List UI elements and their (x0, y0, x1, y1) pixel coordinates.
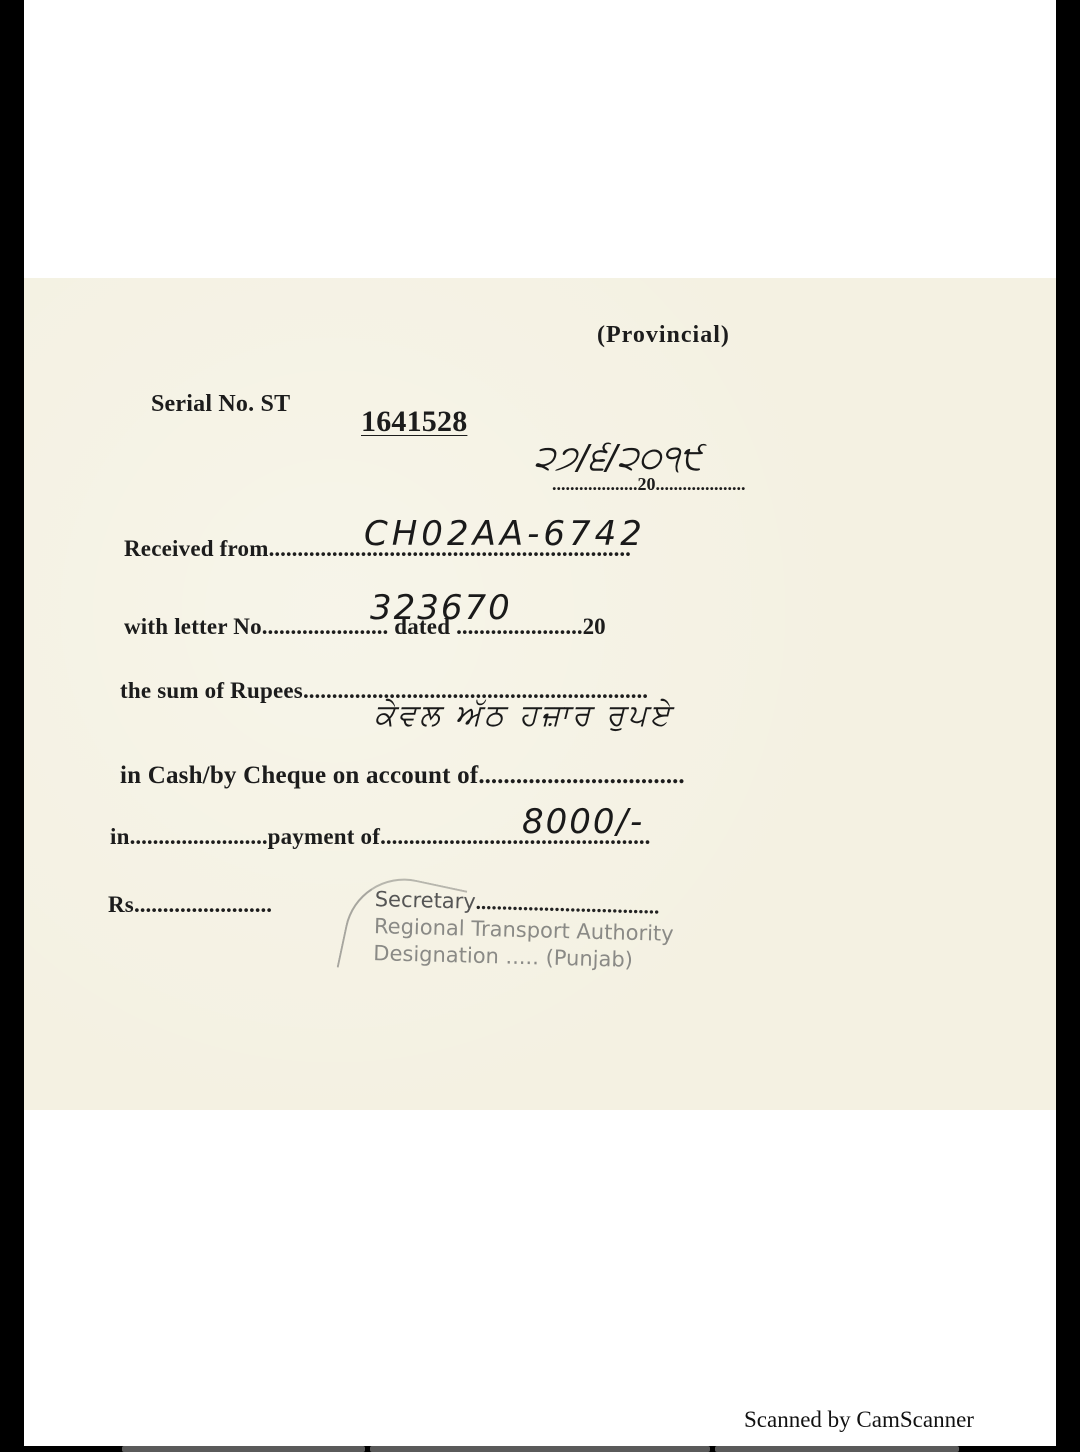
scanned-page: (Provincial) Serial No. ST 1641528 ੨੭/੬/… (24, 0, 1056, 1446)
stamp-line-1: Secretary (374, 887, 476, 914)
in-label: in (110, 824, 130, 849)
navigation-bar (0, 1446, 1080, 1452)
received-from-value: CH02AA-6742 (364, 514, 646, 554)
stamp-line-1-dots: ................................... (475, 890, 659, 919)
rs-row: Rs........................ (108, 892, 272, 918)
cash-row: in Cash/by Cheque on account of.........… (120, 762, 685, 790)
serial-number: 1641528 (361, 405, 467, 439)
nav-segment (122, 1446, 365, 1452)
serial-label: Serial No. ST (151, 391, 290, 418)
receipt-paper: (Provincial) Serial No. ST 1641528 ੨੭/੬/… (24, 278, 1056, 1110)
cash-dots: ................................. (478, 762, 684, 789)
rs-dots: ........................ (134, 892, 272, 917)
letter-no-row: with letter No...................... dat… (124, 614, 606, 640)
nav-segment (370, 1446, 710, 1452)
authority-stamp: Secretary...............................… (373, 886, 675, 975)
rs-label: Rs (108, 892, 134, 917)
letter-no-value: 323670 (370, 588, 512, 628)
cash-label: in Cash/by Cheque on account of (120, 762, 478, 789)
date-line: ...................20...................… (552, 474, 746, 495)
in-dots: ........................ (130, 824, 268, 849)
sum-value: ਕੇਵਲ ਅੱਠ ਹਜ਼ਾਰ ਰੁਪਏ (374, 698, 673, 733)
receipt-header: (Provincial) (597, 322, 730, 349)
camscanner-watermark: Scanned by CamScanner (744, 1407, 974, 1433)
payment-value: 8000/- (522, 802, 644, 842)
date-handwritten: ੨੭/੬/੨੦੧੯ (534, 438, 702, 478)
received-from-label: Received from (124, 536, 269, 561)
payment-label: payment of (268, 824, 381, 849)
sum-label: the sum of Rupees (120, 678, 303, 703)
letter-no-label: with letter No (124, 614, 262, 639)
nav-segment (715, 1446, 959, 1452)
